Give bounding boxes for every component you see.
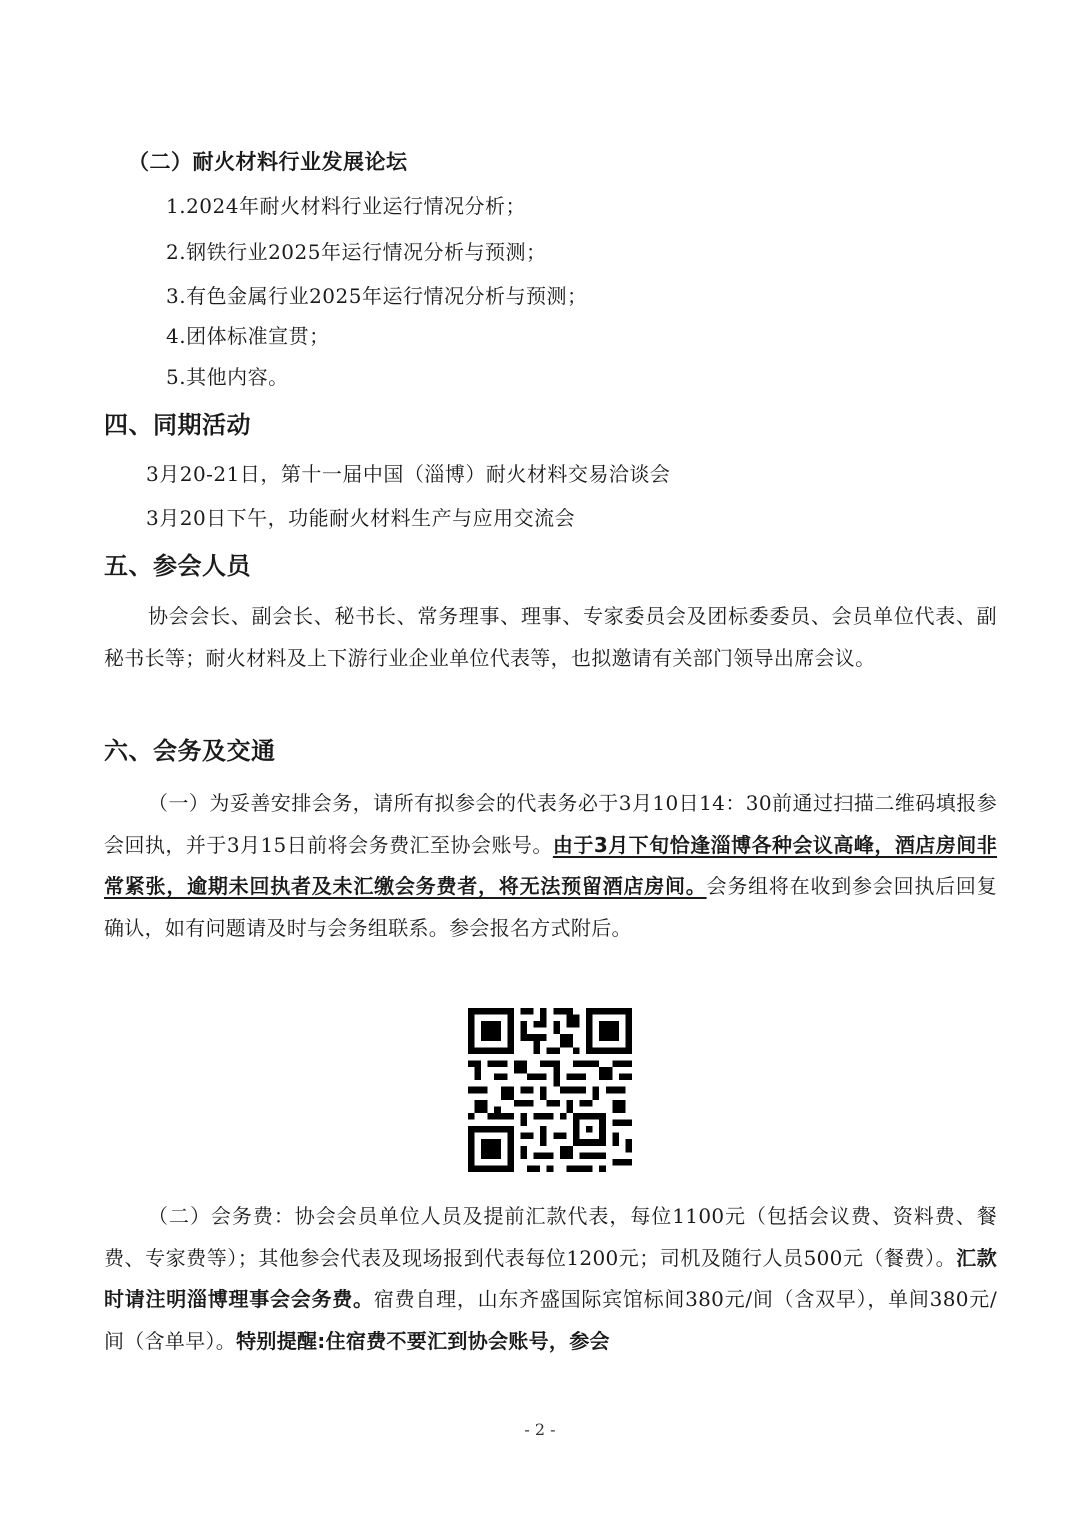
- registration-qr-code: [468, 1008, 632, 1172]
- fee-paragraph: （二）会务费：协会会员单位人员及提前汇款代表，每位1100元（包括会议费、资料费…: [104, 1196, 997, 1362]
- list-item: 3月20日下午，功能耐火材料生产与应用交流会: [146, 504, 575, 532]
- list-item: 1.2024年耐火材料行业运行情况分析；: [166, 192, 526, 220]
- paragraph-text: （二）会务费：协会会员单位人员及提前汇款代表，每位1100元（包括会议费、资料费…: [104, 1204, 997, 1270]
- special-reminder: 特别提醒:住宿费不要汇到协会账号，参会: [236, 1329, 610, 1353]
- section-title: 六、会务及交通: [104, 735, 276, 767]
- section-title: 四、同期活动: [104, 409, 251, 441]
- subsection-title: （二）耐火材料行业发展论坛: [128, 148, 408, 176]
- document-page: （二）耐火材料行业发展论坛 1.2024年耐火材料行业运行情况分析； 2.钢铁行…: [0, 0, 1080, 1527]
- registration-paragraph: （一）为妥善安排会务，请所有拟参会的代表务必于3月10日14：30前通过扫描二维…: [104, 783, 997, 949]
- page-number: - 2 -: [0, 1420, 1080, 1439]
- section-title: 五、参会人员: [104, 550, 251, 582]
- attendees-paragraph: 协会会长、副会长、秘书长、常务理事、理事、专家委员会及团标委委员、会员单位代表、…: [104, 596, 997, 679]
- list-item: 3月20-21日，第十一届中国（淄博）耐火材料交易洽谈会: [146, 460, 670, 488]
- list-item: 4.团体标准宣贯；: [166, 322, 330, 350]
- list-item: 2.钢铁行业2025年运行情况分析与预测；: [166, 238, 546, 266]
- list-item: 3.有色金属行业2025年运行情况分析与预测；: [166, 282, 587, 310]
- list-item: 5.其他内容。: [166, 363, 289, 391]
